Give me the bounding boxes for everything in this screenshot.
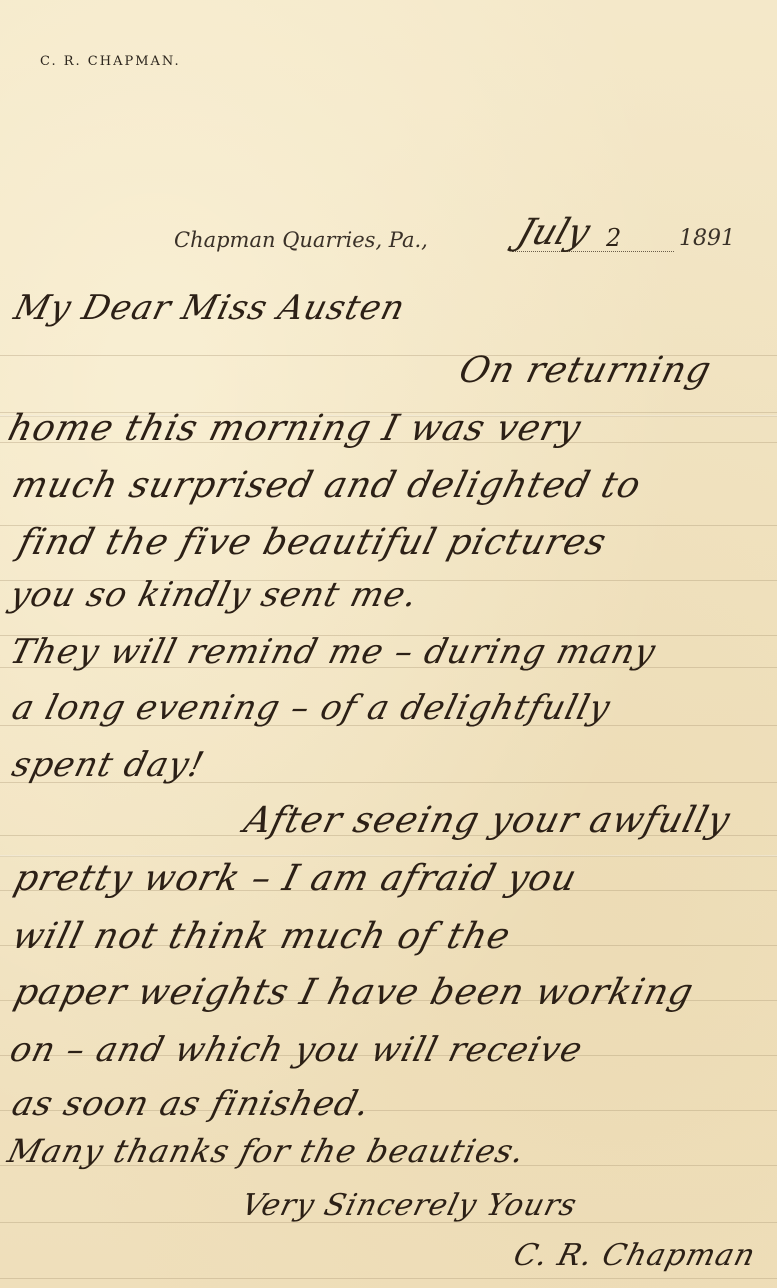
letter-line: Many thanks for the beauties.: [4, 1132, 529, 1170]
letter-line: find the five beautiful pictures: [14, 522, 611, 563]
letter-line: pretty work – I am afraid you: [10, 858, 581, 899]
salutation: My Dear Miss Austen: [10, 288, 409, 328]
dateline-day: 2: [606, 224, 621, 252]
dateline-month: July: [512, 212, 595, 253]
paper-fold: [0, 855, 777, 857]
letterhead-name: C. R. CHAPMAN.: [40, 54, 181, 69]
letter-line: much surprised and delighted to: [8, 465, 645, 506]
dateline-place: Chapman Quarries, Pa.,: [174, 228, 428, 252]
closing: Very Sincerely Yours: [238, 1188, 581, 1223]
dateline-year: 1891: [679, 226, 735, 251]
letter-line: home this morning I was very: [4, 408, 586, 449]
letter-line: will not think much of the: [8, 916, 515, 957]
letter-line: you so kindly sent me.: [6, 575, 422, 615]
letter-line: They will remind me – during many: [6, 632, 660, 672]
letter-page: C. R. CHAPMAN. Chapman Quarries, Pa., Ju…: [0, 0, 777, 1288]
letter-line: spent day!: [8, 745, 209, 785]
letter-line: a long evening – of a delightfully: [8, 688, 615, 728]
letter-line: On returning: [455, 350, 716, 391]
letter-line: paper weights I have been working: [10, 972, 698, 1013]
dateline: Chapman Quarries, Pa., July 2 1891: [174, 224, 734, 264]
letter-line: on – and which you will receive: [6, 1030, 587, 1070]
signature: C. R. Chapman: [510, 1238, 759, 1273]
letter-line: as soon as finished.: [8, 1084, 374, 1124]
ruled-line: [0, 1278, 777, 1279]
letter-line: After seeing your awfully: [240, 800, 735, 841]
